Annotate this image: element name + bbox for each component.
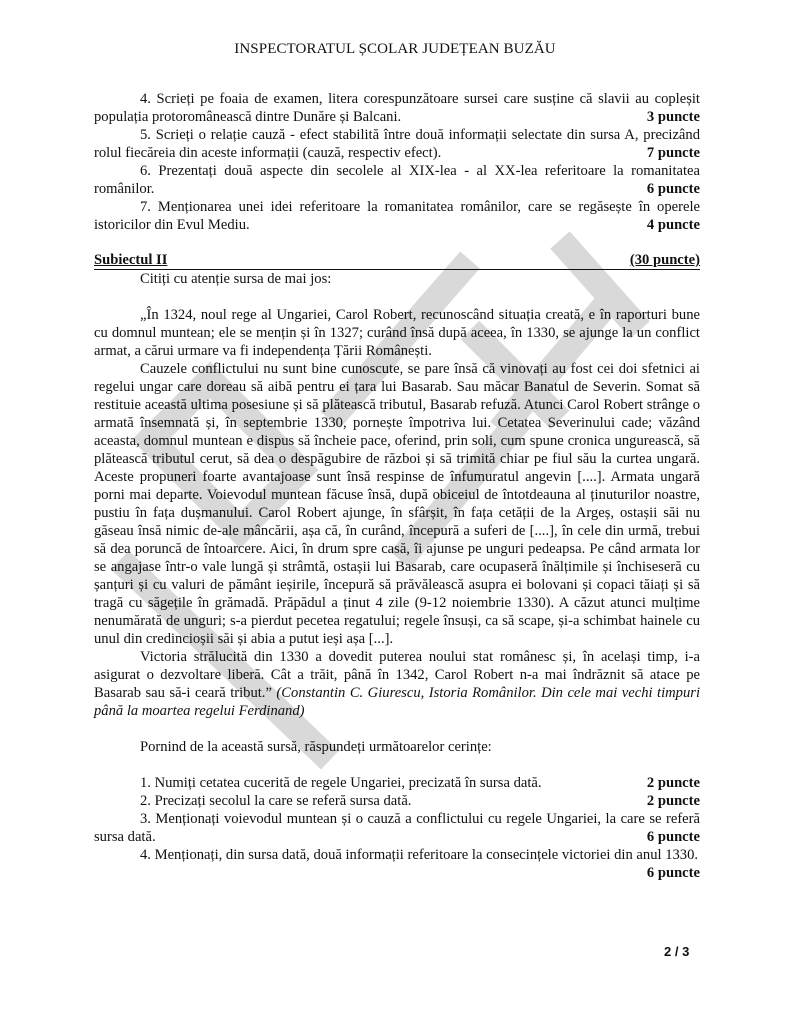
question-item: 1. Numiți cetatea cucerită de regele Ung… — [94, 774, 700, 792]
subject2-questions: 1. Numiți cetatea cucerită de regele Ung… — [94, 774, 700, 864]
question-item: 2. Precizați secolul la care se referă s… — [94, 792, 700, 810]
source-paragraph: „În 1324, noul rege al Ungariei, Carol R… — [94, 306, 700, 360]
question-points: 4 puncte — [601, 216, 700, 234]
question-text: 2. Precizați secolul la care se referă s… — [140, 793, 411, 809]
question-text: 4. Menționați, din sursa dată, două info… — [140, 847, 698, 863]
source-paragraph: Cauzele conflictului nu sunt bine cunosc… — [94, 360, 700, 648]
question-item: 4. Scrieți pe foaia de examen, litera co… — [94, 90, 700, 126]
question-text: 1. Numiți cetatea cucerită de regele Ung… — [140, 775, 542, 791]
question-item: 5. Scrieți o relație cauză - efect stabi… — [94, 126, 700, 162]
question-item: 3. Menționați voievodul muntean și o cau… — [94, 810, 700, 846]
requirements-prompt: Pornind de la această sursă, răspundeți … — [94, 738, 700, 756]
source-text: „În 1324, noul rege al Ungariei, Carol R… — [94, 306, 700, 720]
subject2-title: Subiectul II — [94, 252, 167, 269]
exam-page: INSPECTORATUL ȘCOLAR JUDEȚEAN BUZĂU 4. S… — [0, 0, 791, 1024]
subject2-intro: Citiți cu atenție sursa de mai jos: — [94, 270, 700, 288]
question-points: 7 puncte — [601, 144, 700, 162]
source-paragraph: Victoria strălucită din 1330 a dovedit p… — [94, 648, 700, 720]
document-content: INSPECTORATUL ȘCOLAR JUDEȚEAN BUZĂU 4. S… — [94, 40, 700, 882]
question-points: 2 puncte — [601, 792, 700, 810]
question-points: 2 puncte — [601, 774, 700, 792]
question-points: 3 puncte — [601, 108, 700, 126]
page-header: INSPECTORATUL ȘCOLAR JUDEȚEAN BUZĂU — [90, 40, 700, 58]
question-item: 6. Prezentați două aspecte din secolele … — [94, 162, 700, 198]
page-number: 2 / 3 — [664, 944, 689, 959]
question-points: 6 puncte — [601, 180, 700, 198]
question-points: 6 puncte — [601, 864, 700, 882]
subject2-points: (30 puncte) — [630, 252, 700, 269]
subject1-items: 4. Scrieți pe foaia de examen, litera co… — [94, 90, 700, 234]
question-item: 7. Menționarea unei idei referitoare la … — [94, 198, 700, 234]
question-points: 6 puncte — [601, 828, 700, 846]
question-item: 4. Menționați, din sursa dată, două info… — [94, 846, 700, 864]
subject2-heading: Subiectul II (30 puncte) — [94, 252, 700, 270]
